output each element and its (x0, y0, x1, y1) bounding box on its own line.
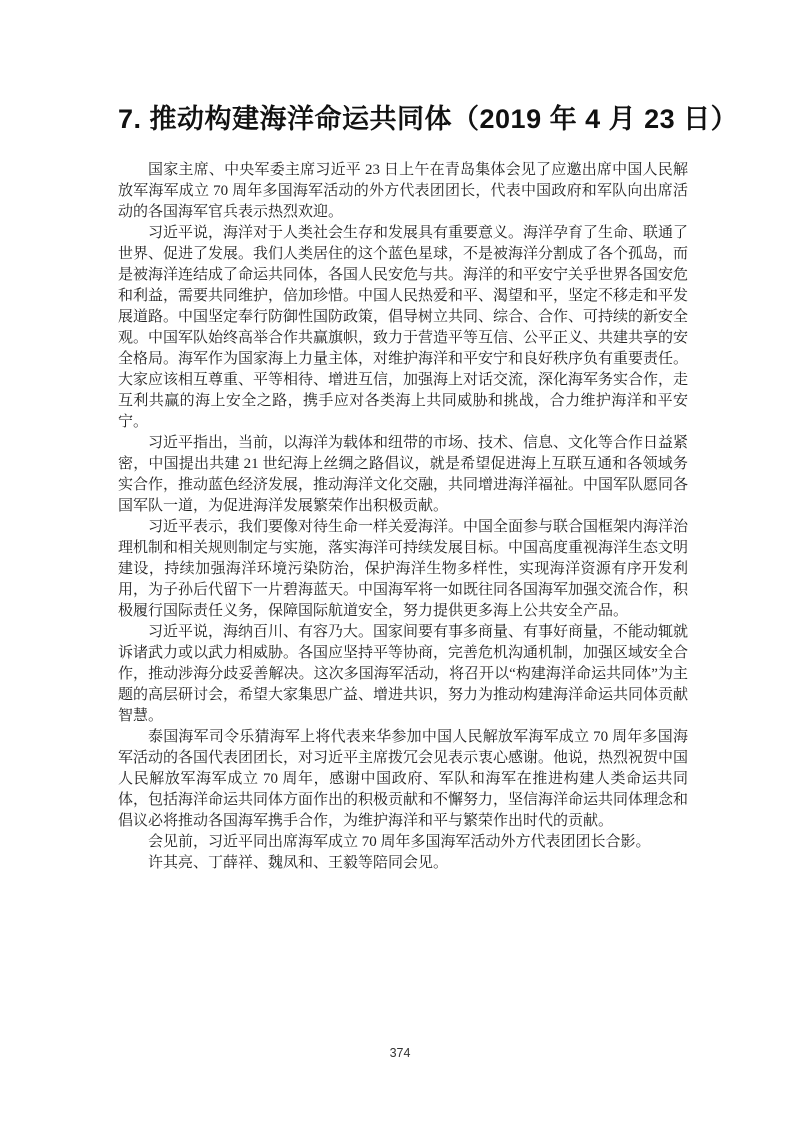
document-body: 国家主席、中央军委主席习近平 23 日上午在青岛集体会见了应邀出席中国人民解放军… (118, 160, 688, 874)
paragraph: 会见前，习近平同出席海军成立 70 周年多国海军活动外方代表团团长合影。 (118, 832, 688, 853)
paragraph: 习近平表示，我们要像对待生命一样关爱海洋。中国全面参与联合国框架内海洋治理机制和… (118, 517, 688, 622)
paragraph: 习近平说，海纳百川、有容乃大。国家间要有事多商量、有事好商量，不能动辄就诉诸武力… (118, 622, 688, 727)
document-content: 7. 推动构建海洋命运共同体（2019 年 4 月 23 日） 国家主席、中央军… (118, 100, 688, 874)
page-title: 7. 推动构建海洋命运共同体（2019 年 4 月 23 日） (118, 100, 688, 138)
paragraph: 泰国海军司令乐猜海军上将代表来华参加中国人民解放军海军成立 70 周年多国海军活… (118, 727, 688, 832)
paragraph: 许其亮、丁薛祥、魏凤和、王毅等陪同会见。 (118, 853, 688, 874)
paragraph: 习近平说，海洋对于人类社会生存和发展具有重要意义。海洋孕育了生命、联通了世界、促… (118, 223, 688, 433)
paragraph: 国家主席、中央军委主席习近平 23 日上午在青岛集体会见了应邀出席中国人民解放军… (118, 160, 688, 223)
paragraph: 习近平指出，当前，以海洋为载体和纽带的市场、技术、信息、文化等合作日益紧密，中国… (118, 433, 688, 517)
document-page: 7. 推动构建海洋命运共同体（2019 年 4 月 23 日） 国家主席、中央军… (0, 0, 800, 1133)
page-number: 374 (0, 1046, 800, 1060)
